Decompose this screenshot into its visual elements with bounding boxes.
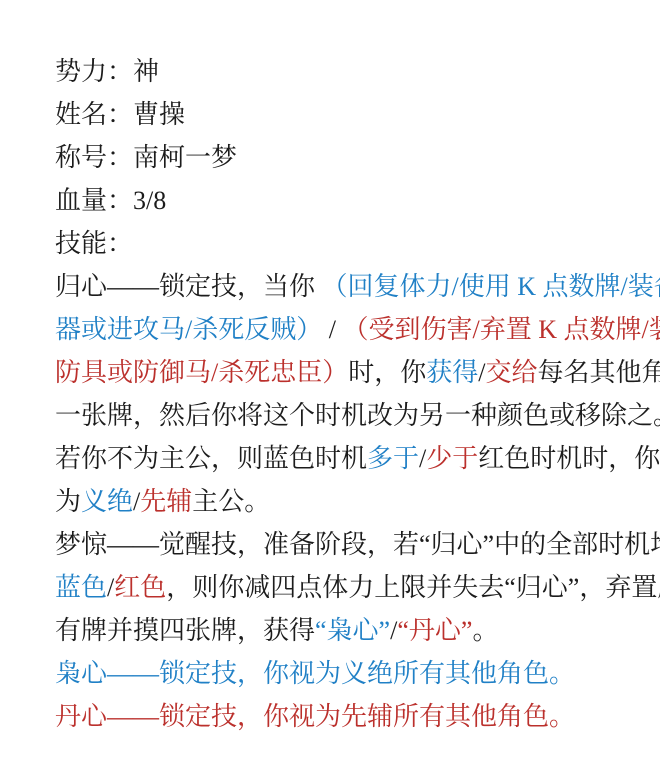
text-run: 少于 xyxy=(426,444,478,473)
info-label: 势力： xyxy=(55,57,133,86)
info-value: 南柯一梦 xyxy=(133,143,237,172)
text-run: 若你不为主公，则蓝色时机 xyxy=(55,444,367,473)
info-row-name: 姓名：曹操 xyxy=(55,93,616,136)
text-run: 获得 xyxy=(426,358,478,387)
text-line: 丹心——锁定技，你视为先辅所有其他角色。 xyxy=(55,695,616,738)
document: 势力：神 姓名：曹操 称号：南柯一梦 血量：3/8 技能： 归心——锁定技，当你… xyxy=(0,0,660,759)
info-label: 称号： xyxy=(55,143,133,172)
info-value: 神 xyxy=(133,57,159,86)
info-row-faction: 势力：神 xyxy=(55,50,616,93)
info-row-skills-header: 技能： xyxy=(55,222,616,265)
text-run: （受到伤害/弃置 K 点数牌/装备 xyxy=(342,315,660,344)
text-run: 一张牌，然后你将这个时机改为另一种颜色或移除之。 xyxy=(55,401,660,430)
text-run: 枭心——锁定技，你视为义绝所有其他角色。 xyxy=(55,659,575,688)
text-run: 器或进攻马/杀死反贼） xyxy=(55,315,322,344)
text-run: 丹心——锁定技，你视为先辅所有其他角色。 xyxy=(55,702,575,731)
text-line: 器或进攻马/杀死反贼） / （受到伤害/弃置 K 点数牌/装备 xyxy=(55,308,616,351)
text-run: 交给 xyxy=(486,358,538,387)
text-line: 梦惊——觉醒技，准备阶段，若“归心”中的全部时机均为 xyxy=(55,523,616,566)
text-run: 。 xyxy=(472,616,498,645)
text-run: 蓝色 xyxy=(55,573,107,602)
info-row-hp: 血量：3/8 xyxy=(55,179,616,222)
info-value: 曹操 xyxy=(133,100,185,129)
text-line: 枭心——锁定技，你视为义绝所有其他角色。 xyxy=(55,652,616,695)
text-run: 红色时机时，你视 xyxy=(478,444,660,473)
text-line: 有牌并摸四张牌，获得“枭心”/“丹心”。 xyxy=(55,609,616,652)
info-label: 血量： xyxy=(55,186,133,215)
text-line: 归心——锁定技，当你 （回复体力/使用 K 点数牌/装备武 xyxy=(55,265,616,308)
info-value: 3/8 xyxy=(133,186,166,215)
text-run: / xyxy=(322,315,342,344)
info-row-title: 称号：南柯一梦 xyxy=(55,136,616,179)
text-line: 蓝色/红色，则你减四点体力上限并失去“归心”，弃置所 xyxy=(55,566,616,609)
text-run: “枭心” xyxy=(315,616,390,645)
text-run: 多于 xyxy=(367,444,419,473)
text-run: “丹心” xyxy=(397,616,472,645)
text-run: ，则你减四点体力上限并失去“归心”，弃置所 xyxy=(166,573,660,602)
text-line: 为义绝/先辅主公。 xyxy=(55,480,616,523)
text-run: 为 xyxy=(55,487,81,516)
text-run: 防具或防御马/杀死忠臣） xyxy=(55,358,348,387)
text-line: 若你不为主公，则蓝色时机多于/少于红色时机时，你视 xyxy=(55,437,616,480)
text-run: 义绝 xyxy=(81,487,133,516)
info-label: 姓名： xyxy=(55,100,133,129)
text-run: 梦惊——觉醒技，准备阶段，若“归心”中的全部时机均为 xyxy=(55,530,660,559)
character-info: 势力：神 姓名：曹操 称号：南柯一梦 血量：3/8 技能： xyxy=(55,50,616,265)
text-run: 先辅 xyxy=(140,487,192,516)
text-run: 红色 xyxy=(114,573,166,602)
text-line: 一张牌，然后你将这个时机改为另一种颜色或移除之。 xyxy=(55,394,616,437)
text-run: 有牌并摸四张牌，获得 xyxy=(55,616,315,645)
text-run: 时，你 xyxy=(348,358,426,387)
skill-text: 归心——锁定技，当你 （回复体力/使用 K 点数牌/装备武器或进攻马/杀死反贼）… xyxy=(55,265,616,738)
text-run: / xyxy=(478,358,485,387)
text-line: 防具或防御马/杀死忠臣）时，你获得/交给每名其他角色 xyxy=(55,351,616,394)
info-label: 技能： xyxy=(55,229,133,258)
text-run: （回复体力/使用 K 点数牌/装备武 xyxy=(322,272,660,301)
text-run: 归心——锁定技，当你 xyxy=(55,272,322,301)
text-run: 每名其他角色 xyxy=(538,358,660,387)
text-run: 主公。 xyxy=(192,487,270,516)
